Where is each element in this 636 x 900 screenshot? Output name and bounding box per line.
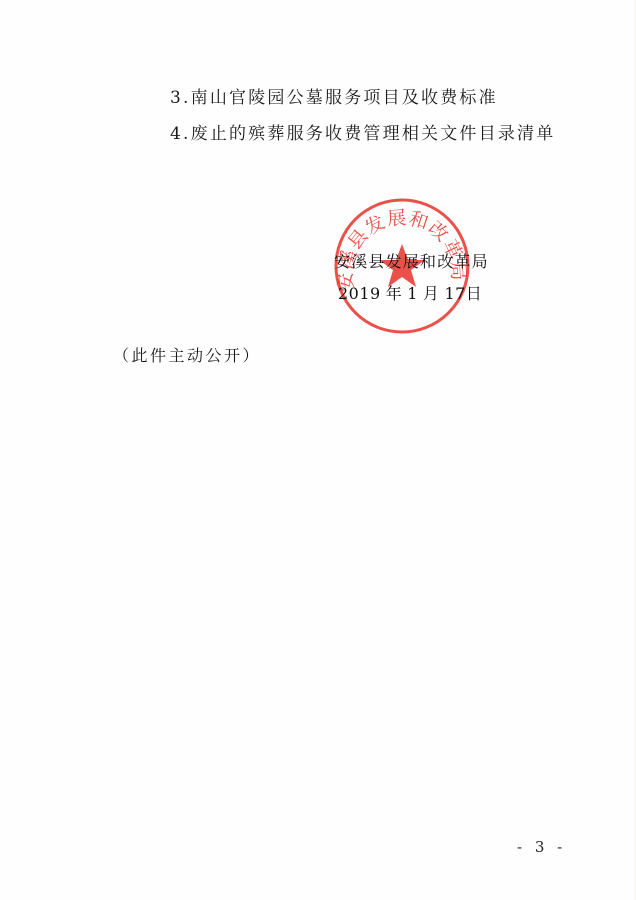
page-number: - 3 - [517,838,566,856]
date-month-suffix: 月 [423,284,440,304]
date-day-suffix: 日 [466,284,483,304]
attachment-item-3: 3.南山官陵园公墓服务项目及收费标准 [170,88,498,108]
public-disclosure-note: （此件主动公开） [113,346,261,366]
attachment-item-4: 4.废止的殡葬服务收费管理相关文件目录清单 [170,124,555,144]
date-year: 2019 [338,284,381,304]
date-month: 1 [407,284,418,304]
issue-date: 2019年1月17日 [338,284,482,304]
date-year-suffix: 年 [386,284,403,304]
date-day: 17 [444,284,465,304]
issuing-organization: 安溪县发展和改革局 [334,252,489,272]
document-page: 3.南山官陵园公墓服务项目及收费标准 4.废止的殡葬服务收费管理相关文件目录清单… [0,0,636,900]
seal-text: 安溪县发展和改革局 [334,207,469,293]
